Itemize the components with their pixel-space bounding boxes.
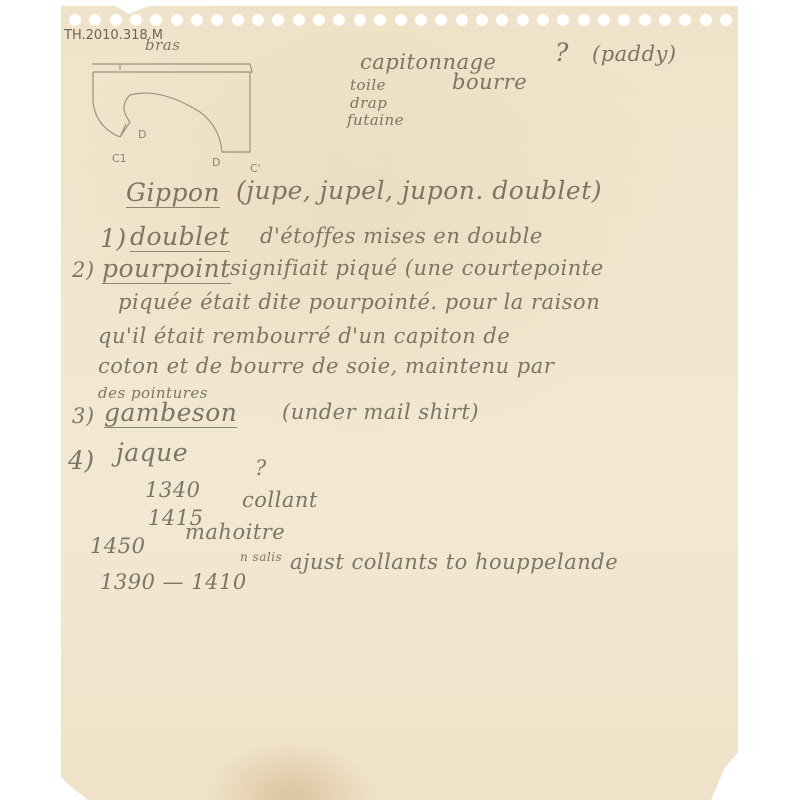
perforation-holes: [69, 14, 732, 28]
date-1415-note: collant: [242, 488, 318, 512]
item-2-text: signifiait piqué (une courtepointe: [230, 256, 604, 280]
item-2-line-4: coton et de bourre de soie, maintenu par: [98, 354, 554, 378]
date-1390-superscript: n salis: [240, 550, 282, 564]
heading-gippon: Gippon: [126, 178, 220, 208]
sketch-label-c1: C1: [112, 152, 127, 165]
date-1450-note: mahoitre: [185, 520, 285, 544]
note-question-mark: ?: [555, 38, 569, 67]
note-paddy: (paddy): [592, 42, 677, 66]
item-2-number: 2): [72, 258, 95, 282]
item-2-line-3: qu'il était rembourré d'un capiton de: [98, 324, 510, 348]
heading-synonyms: (jupe, jupel, jupon. doublet): [236, 176, 602, 205]
item-3-term: gambeson: [104, 398, 237, 428]
date-1340-note: ?: [255, 456, 267, 480]
sketch-label-d2: D: [212, 156, 220, 169]
item-3-number: 3): [72, 404, 95, 428]
item-4-term: jaque: [116, 438, 188, 467]
date-1450: 1450: [90, 534, 145, 558]
date-1340: 1340: [145, 478, 200, 502]
item-1-term: doublet: [130, 222, 230, 252]
note-drap: drap: [350, 94, 387, 112]
date-1390-1410: 1390 — 1410: [100, 570, 247, 594]
item-2-term: pourpoint: [102, 254, 231, 284]
sketch-title: bras: [145, 36, 180, 54]
item-2-line-2: piquée était dite pourpointé. pour la ra…: [118, 290, 600, 314]
item-3-text: (under mail shirt): [282, 400, 479, 424]
note-bourre: bourre: [452, 70, 527, 94]
date-1390-note: ajust collants to houppelande: [290, 550, 618, 574]
sketch-label-d1: D: [138, 128, 146, 141]
note-futaine: futaine: [347, 111, 404, 129]
item-1-number: 1): [100, 224, 127, 253]
item-1-text: d'étoffes mises en double: [260, 224, 543, 248]
note-toile: toile: [350, 76, 386, 94]
item-4-number: 4): [68, 446, 95, 475]
sketch-label-c-prime: C': [250, 162, 261, 175]
